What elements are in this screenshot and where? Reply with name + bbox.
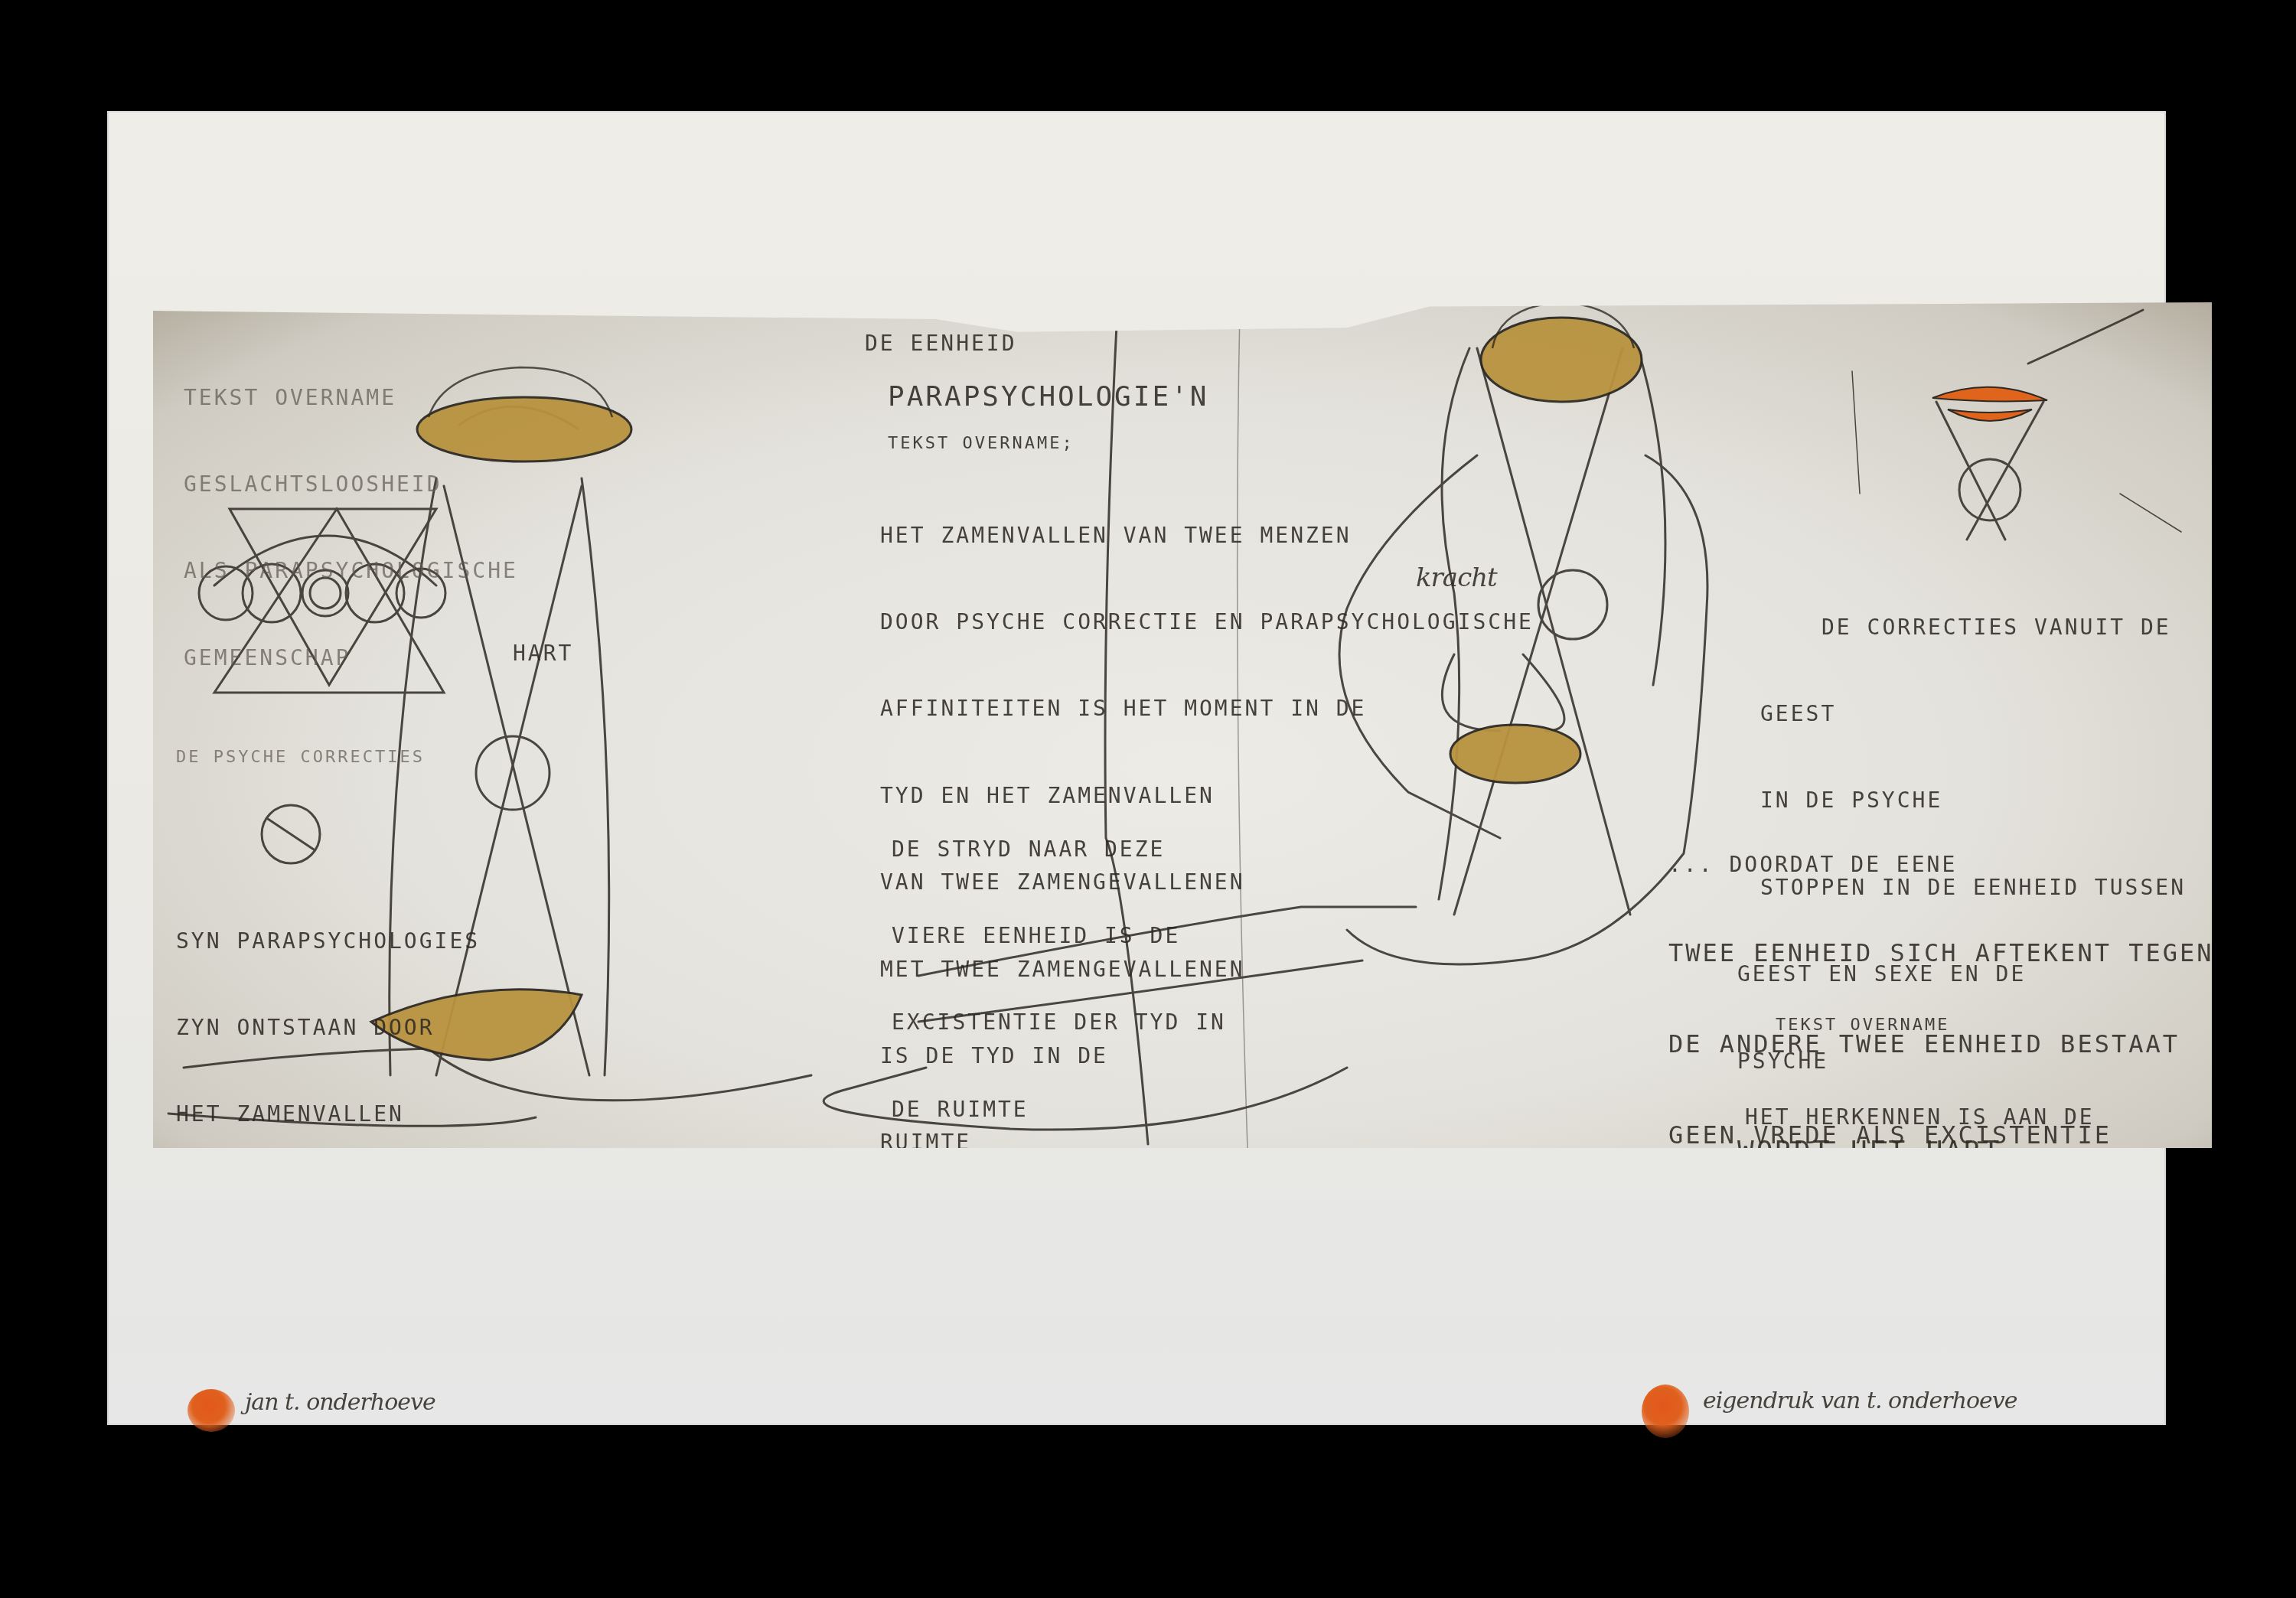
text-line: DE STRYD NAAR DEZE [892, 835, 1226, 864]
text-line: ... DOORDAT DE EENE [1668, 850, 2214, 879]
text-line: TWEE EENHEID SICH AFTEKENT TEGEN [1668, 937, 2214, 970]
orange-lips [1932, 387, 2047, 421]
text-line: EXCISTENTIE DER TYD IN [892, 1008, 1226, 1037]
orange-stamp-left [188, 1389, 235, 1432]
text-line: GEEST [1737, 700, 2186, 729]
label-kracht: kracht [1416, 563, 1497, 593]
label-hart: HART [513, 639, 573, 668]
text-right-bottom: HET HERKENNEN IS AAN DE BENEN DER [1745, 1045, 2095, 1276]
text-line: AFFINITEITEN IS HET MOMENT IN DE [880, 694, 1534, 723]
text-left-lower: SYN PARAPSYCHOLOGIES ZYN ONTSTAAN DOOR H… [176, 869, 495, 1534]
signature-right: eigendruk van t. onderhoeve [1703, 1388, 2017, 1414]
center-block-label: TEKST OVERNAME; [888, 432, 1075, 455]
text-line: BENEN DER [1745, 1189, 2095, 1218]
left-lower-heading: DE PSYCHE CORRECTIES [176, 746, 425, 769]
text-line: VIERE EENHEID IS DE [892, 921, 1226, 951]
text-line: VAN DEN EEN SYN HEMEL [176, 1187, 495, 1216]
center-title: DE EENHEID [865, 329, 1017, 358]
text-line: SYN PARAPSYCHOLOGIES [176, 927, 495, 956]
text-line: DE CORRECTIES VANUIT DE [1737, 613, 2186, 642]
paper-sheet: TEKST OVERNAME GESLACHTSLOOSHEID ALS PAR… [107, 111, 2166, 1425]
text-line: HET ZAMENVALLEN VAN TWEE MENZEN [880, 521, 1534, 550]
text-line: HET HERKENNEN IS AAN DE [1745, 1103, 2095, 1132]
text-line: HET ZAMENVALLEN [176, 1100, 495, 1129]
text-top-left: TEKST OVERNAME GESLACHTSLOOSHEID ALS PAR… [184, 325, 518, 730]
center-subtitle: PARAPSYCHOLOGIE'N [888, 379, 1208, 416]
text-line: IN DEN ANDER SYN [176, 1274, 495, 1303]
text-line: ALS PARAPSYCHOLOGISCHE [184, 556, 518, 585]
text-center-block-2: DE STRYD NAAR DEZE VIERE EENHEID IS DE E… [892, 777, 1226, 1182]
text-line: DOOR PSYCHE CORRECTIE EN PARAPSYCHOLOGIS… [880, 608, 1534, 637]
signature-left: jan t. onderhoeve [245, 1389, 435, 1416]
text-line: DE RUIMTE [892, 1095, 1226, 1124]
right-bottom-label: TEKST OVERNAME [1776, 1014, 1949, 1037]
text-line: GEMEENSCHAP [184, 644, 518, 673]
text-line: DER TYD, ALLEEN ALS VERWORDING [1668, 1209, 2214, 1242]
text-line: HEL IN DE [176, 1361, 495, 1390]
lips-diagram-icon [1852, 310, 2181, 540]
orange-stamp-right [1642, 1384, 1689, 1438]
text-line: GESLACHTSLOOSHEID [184, 470, 518, 499]
text-line: PSICOLOGISE EENHEID [176, 1447, 495, 1476]
text-line: TEKST OVERNAME [184, 383, 518, 413]
text-line: ZYN ONTSTAAN DOOR [176, 1013, 495, 1042]
etching-plate: TEKST OVERNAME GESLACHTSLOOSHEID ALS PAR… [153, 302, 2212, 1148]
